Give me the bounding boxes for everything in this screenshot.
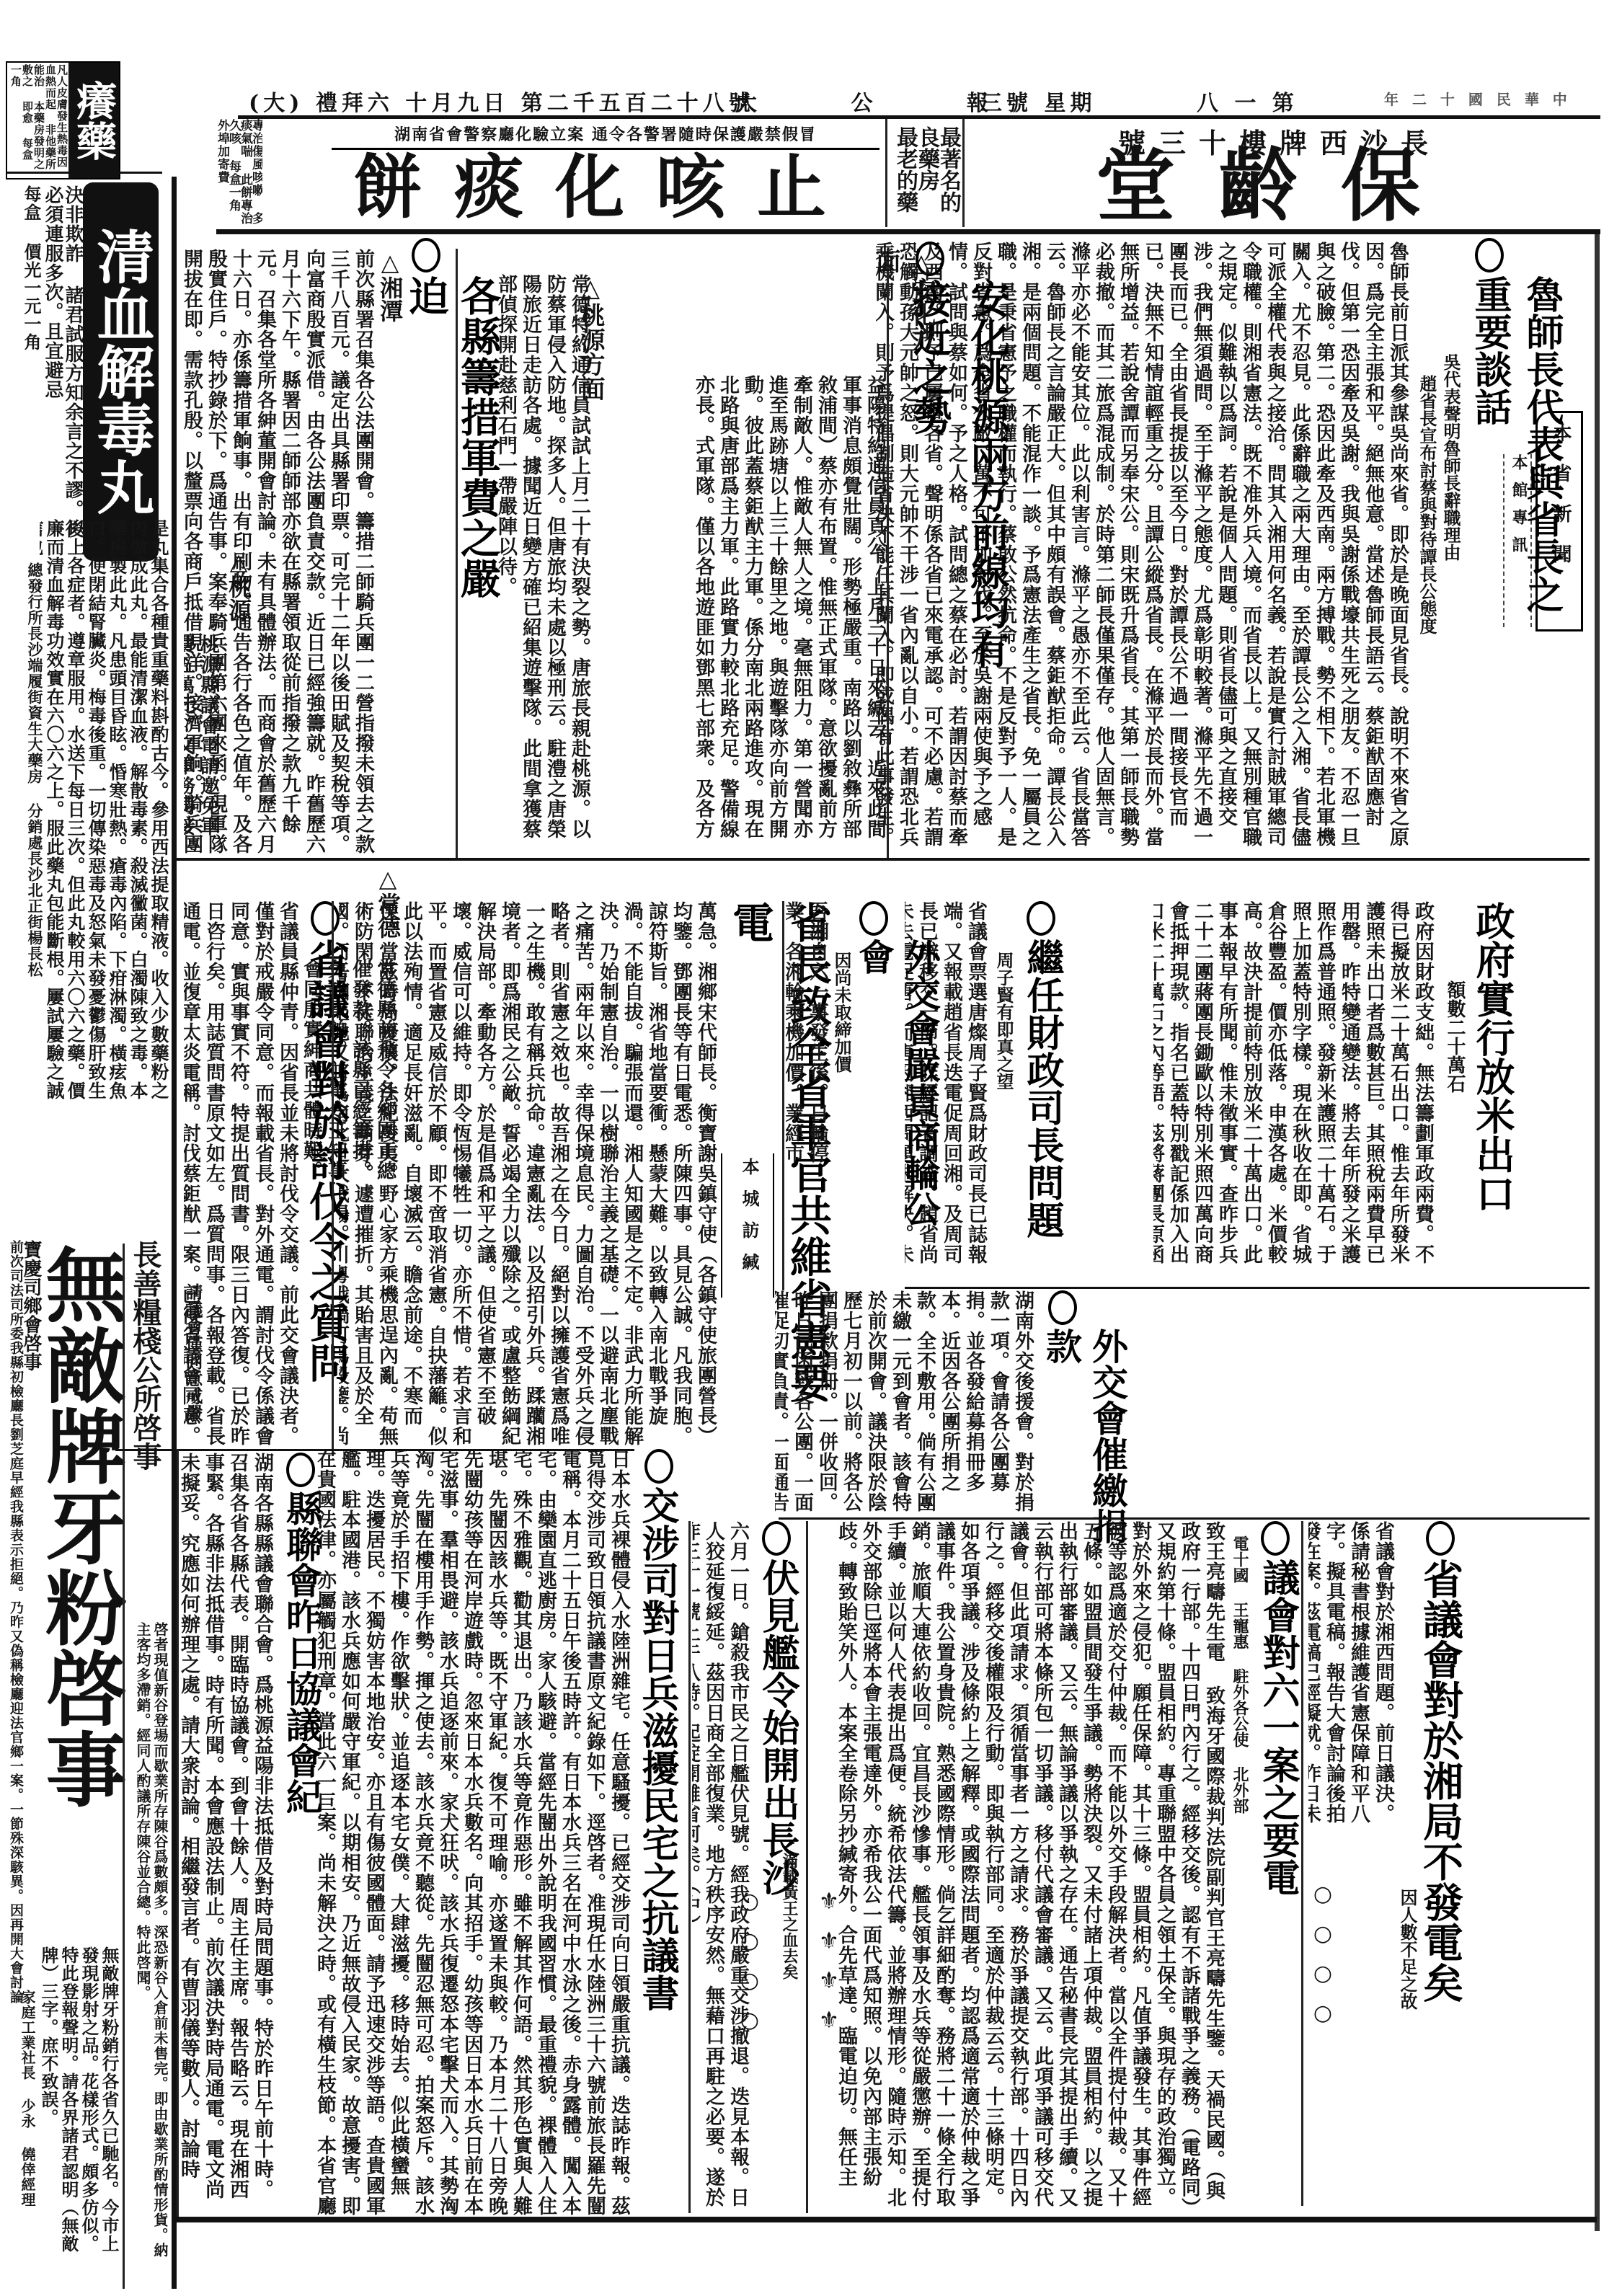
article-kangyi-body: 日本水兵裸體侵入水陸洲雜宅。任意騷擾。已經交涉司向日領嚴重抗議。迭誌昨報。茲覓得… <box>317 1449 631 2217</box>
headline-circle-icon <box>286 1453 315 1487</box>
article-liuyi-headline-text: 議會對六一案之要電 <box>1251 1559 1304 2027</box>
taoyuan2-section-body: 桃源縣議會電請邀免軍費五萬元。又軍務司接常德唐旅長電。刻因軍費需用甚急。請設法籌… <box>184 634 220 851</box>
section-rule <box>115 1449 634 1451</box>
wudi-yafen-body: 無敵牌牙粉銷行各省久已馳名。今市上發現影射之品。花樣形式。頗多仿似。特此登報聲明… <box>32 1946 119 2256</box>
article-liuyi-subhead: 電十國 王寵惠 駐外各公使 北外部 <box>1229 1535 1251 1925</box>
anhua-section-body-cont <box>598 238 692 858</box>
headline-circle-icon <box>311 901 340 936</box>
headline-circle-icon <box>412 238 440 272</box>
cough-cake-title: 止咳化痰餅 <box>332 148 879 227</box>
article-cuijiao-headline: 外交會催繳捐款 <box>1038 1290 1089 1550</box>
xiangtan-section-label: △湘潭 <box>373 249 407 335</box>
article-fangmi-body: 政府因財政支絀。無法籌劃軍政兩費。不得已擬放米二十萬石出口。惟去年所發米護照未出… <box>1153 901 1435 1283</box>
article-fangmi-subhead: 額數二十萬石 <box>1442 980 1468 1197</box>
headline-circle-icon <box>1475 238 1504 272</box>
article-liuyi-body: 致王亮疇先生電 致海牙國際裁判法院副判官王亮疇先生鑒。天禍民國。（與政府一行部。… <box>836 1521 1226 2213</box>
article-liuyi-headline: 議會對六一案之要電 <box>1251 1521 1301 2026</box>
masthead-issue-line: (大) 禮拜六 十月九日 第二千五百二十八號 <box>249 85 710 117</box>
taoyuan2-section-label: △桃源 <box>222 548 255 634</box>
article-xiangxi-body: 省議會對於湘西問題。前日議決。係請秘書根據維護省憲保障和平八字。擬具電稿。報告大… <box>1308 1521 1395 1824</box>
separator-circles: ○○○○ <box>739 1881 761 2040</box>
article-lu-headline: 魯師長代表與省長之重要談話 <box>1463 238 1521 620</box>
fleur-de-lis-separators: ⚜ ⚜ ⚜ ⚜ <box>818 1881 840 2040</box>
section-rule <box>779 1517 1590 1520</box>
article-kangyi-headline-text: 交涉司對日兵滋擾民宅之抗議書 <box>634 1486 679 2128</box>
qingxue-wan-title: 清血解毒丸 <box>87 191 155 551</box>
article-dian-body: 萬急。湘鄉宋代師長。衡寶謝吳鎮守使（各鎮守使旅團營長）均鑒。鄧團長等有日電悉。所… <box>339 901 717 1456</box>
article-lu-subhead-2: 趙省長宣布討蔡與對待譚長公態度 <box>1414 375 1440 642</box>
headline-circle-icon <box>1261 1521 1290 1556</box>
qingxue-wan-warning: 決非欺詐 諸君試服方知余言之不謬。後必須連服多次。且宜避忌 <box>40 185 83 553</box>
article-caizheng-headline-text: 繼任財政司長問題 <box>1016 939 1067 1277</box>
article-huiji-body: 湖南各縣縣議會聯合會。爲桃源益陽非法抵借及對時局問題事。特於昨日午前十時。召集各… <box>180 1453 274 2217</box>
column-rule <box>177 1449 179 2220</box>
anhua-section-label: △安化方面 <box>869 249 939 364</box>
changshan-notice-title: 長善糧棧公所啓事 <box>128 1240 166 1615</box>
article-shanglun-continuation <box>1226 1290 1586 1507</box>
fleur-de-lis-icon: ⚜ <box>819 1967 840 1994</box>
column-rule <box>806 1521 808 2213</box>
article-fujian-body: 六月一日。鎗殺我市民之日艦伏見號。經我政府嚴重交涉撤退。迭見本報。日人狡延復綏延… <box>692 1521 750 2220</box>
column-rule <box>688 1521 691 2213</box>
section-rule <box>905 1287 1590 1289</box>
separator-circles: ○○○○ <box>1312 1874 1334 2055</box>
article-xiangxi-headline: 省議會對於湘局不發電矣 <box>1413 1521 1471 2026</box>
article-zhiwen-headline: 省議會對於討伐令之質問 <box>299 901 357 1420</box>
article-gexian-headline: 各縣籌措軍費之嚴迫 <box>400 238 454 613</box>
headline-circle-icon <box>1027 901 1055 936</box>
baoling-tagline: 最著名的良藥房 最老的藥 <box>890 126 959 227</box>
column-rule <box>332 901 334 1456</box>
itch-medicine-ad: 癢藥 凡人皮膚發生熱毒因血熱而起 非他藥所能治 本藥房發明之 敷之 即愈 每盒 … <box>6 61 120 179</box>
article-gexian-headline-text: 各縣籌措軍費之嚴迫 <box>400 275 504 614</box>
article-caizheng-subhead: 周子賢有即真之望 <box>991 952 1016 1168</box>
article-huiji-headline: 縣聯會昨日協議會紀 <box>278 1453 328 1885</box>
article-xiangxi-body-right <box>1474 1521 1590 1831</box>
article-caizheng-body-cont <box>1074 901 1153 1283</box>
fleur-de-lis-icon: ⚜ <box>819 1887 840 1915</box>
column-rule <box>782 901 784 1290</box>
qingxue-wan-body: 是丸集合各種貴重藥料斟酌古今。參用西法提取精液。收入少數藥粉之內做成此丸。最能清… <box>40 519 169 1103</box>
masthead-year-note: 年 二 十 國 民 華 中 <box>1384 88 1615 109</box>
wudi-yafen-title: 無敵牌牙粉啓事 <box>36 1244 123 2000</box>
headline-circle-icon <box>1426 1521 1455 1556</box>
section-rule <box>177 858 1590 861</box>
article-huiji-headline-text: 縣聯會昨日協議會紀 <box>278 1490 325 1894</box>
page-bottom-rule <box>177 2217 1597 2222</box>
article-zhiwen-headline-text: 省議會對於討伐令之質問 <box>299 939 354 1429</box>
article-cuijiao-body: 湖南外交後援會。對於捐款一項。會請各公團募捐。並各發給募捐冊多本。近因各公團所捐… <box>775 1290 1034 1517</box>
article-fujian-subhead: 滿載黃王之血去矣 <box>779 1853 801 2069</box>
itch-medicine-title: 癢藥 <box>68 63 119 178</box>
city-visit-label: 本城訪緘 <box>722 1153 776 1289</box>
changshan-notice-body: 啓者現值新谷登場而歇業所存陳谷爲數頗多。深恐新谷入倉前未售完。即由歇業所酌情形貨… <box>127 1622 169 2264</box>
article-lu-headline-text: 魯師長代表與省長之重要談話 <box>1463 275 1567 621</box>
left-column-divider <box>172 177 177 2289</box>
city-visit-label-box: 本城訪緘 <box>721 1153 774 1298</box>
masthead-date-right: 八 一 第 <box>1197 85 1312 117</box>
wudi-yafen-signature: 家庭工業社長 少永 僥倖經理 <box>14 1990 36 2264</box>
top-ad-divider-1 <box>885 119 887 227</box>
left-ad-top-rule <box>7 172 162 174</box>
article-caizheng-headline: 繼任財政司長問題 <box>1016 901 1071 1276</box>
article-fangmi-headline: 政府實行放米出口 <box>1467 901 1521 1262</box>
article-shanglun-body: 吾湘自六一事發生後。日輪停業。各湘輪乘機加價。業經市民幾次請願外交後援會。該會亦… <box>786 901 829 1182</box>
qingxue-wan-price: 每盒 價光一元一角 <box>14 185 42 402</box>
qingxue-wan-dealer: 總發行所長沙端履街資生大藥房 分銷處長沙北正街楊長松 <box>7 562 43 1096</box>
page-right-border <box>1595 234 1600 2231</box>
baoling-title: 保齡堂 <box>970 144 1590 227</box>
article-xiangxi-headline-text: 省議會對於湘局不發電矣 <box>1413 1559 1468 2027</box>
masthead-date-mid: 三號 星期 <box>980 85 1125 117</box>
article-xiangxi-subhead: 因人數不足之故 <box>1395 1889 1420 2069</box>
headline-circle-icon <box>644 1449 673 1484</box>
headline-circle-icon <box>1048 1290 1077 1325</box>
anhua-section-body: 益陽特約通信員頁公。上月三十日來緘云。近來此間軍事消息頗覺壯闊。形勢極嚴重。南路… <box>692 375 887 858</box>
headline-circle-icon <box>762 1521 791 1556</box>
article-fangmi-headline-text: 政府實行放米出口 <box>1467 901 1519 1247</box>
headline-circle-icon <box>859 901 888 936</box>
article-lu-subhead-1: 吳代表聲明魯師長辭職理由 <box>1438 353 1463 613</box>
top-ad-border-top <box>238 115 1600 119</box>
article-kangyi-headline: 交涉司對日兵滋擾民宅之抗議書 <box>634 1449 688 2127</box>
article-shanglun-headline: 外交會嚴責商輪公會 <box>851 901 901 1211</box>
article-shanglun-headline-text: 外交會嚴責商輪公會 <box>851 939 943 1227</box>
qingxue-wan-ad: 清血解毒丸 決非欺詐 諸君試服方知余言之不謬。後必須連服多次。且宜避忌 每盒 價… <box>7 177 177 555</box>
article-shanglun-subhead: 因尚未取締加價 <box>829 952 854 1110</box>
article-zhiwen-body: 省議員縣仲青。因省長並未將討伐令交議。前此交會議決者。僅對於戒嚴令同意。而報載省… <box>184 901 299 1456</box>
cough-cake-side-text-box: 專治傷風咳嗽 多痰氣喘 此餅專治久咳 每盒一角 外埠加寄費 <box>216 119 324 227</box>
cough-cake-side-text: 專治傷風咳嗽 多痰氣喘 此餅專治久咳 每盒一角 外埠加寄費 <box>216 119 262 227</box>
itch-medicine-text: 凡人皮膚發生熱毒因血熱而起 非他藥所能治 本藥房發明之 敷之 即愈 每盒 一角 <box>9 64 68 175</box>
fleur-de-lis-icon: ⚜ <box>819 1927 840 1954</box>
top-ad-divider-2 <box>962 119 965 227</box>
masthead-title: 大 公 報 <box>735 85 952 117</box>
fleur-de-lis-icon: ⚜ <box>819 2006 840 2034</box>
